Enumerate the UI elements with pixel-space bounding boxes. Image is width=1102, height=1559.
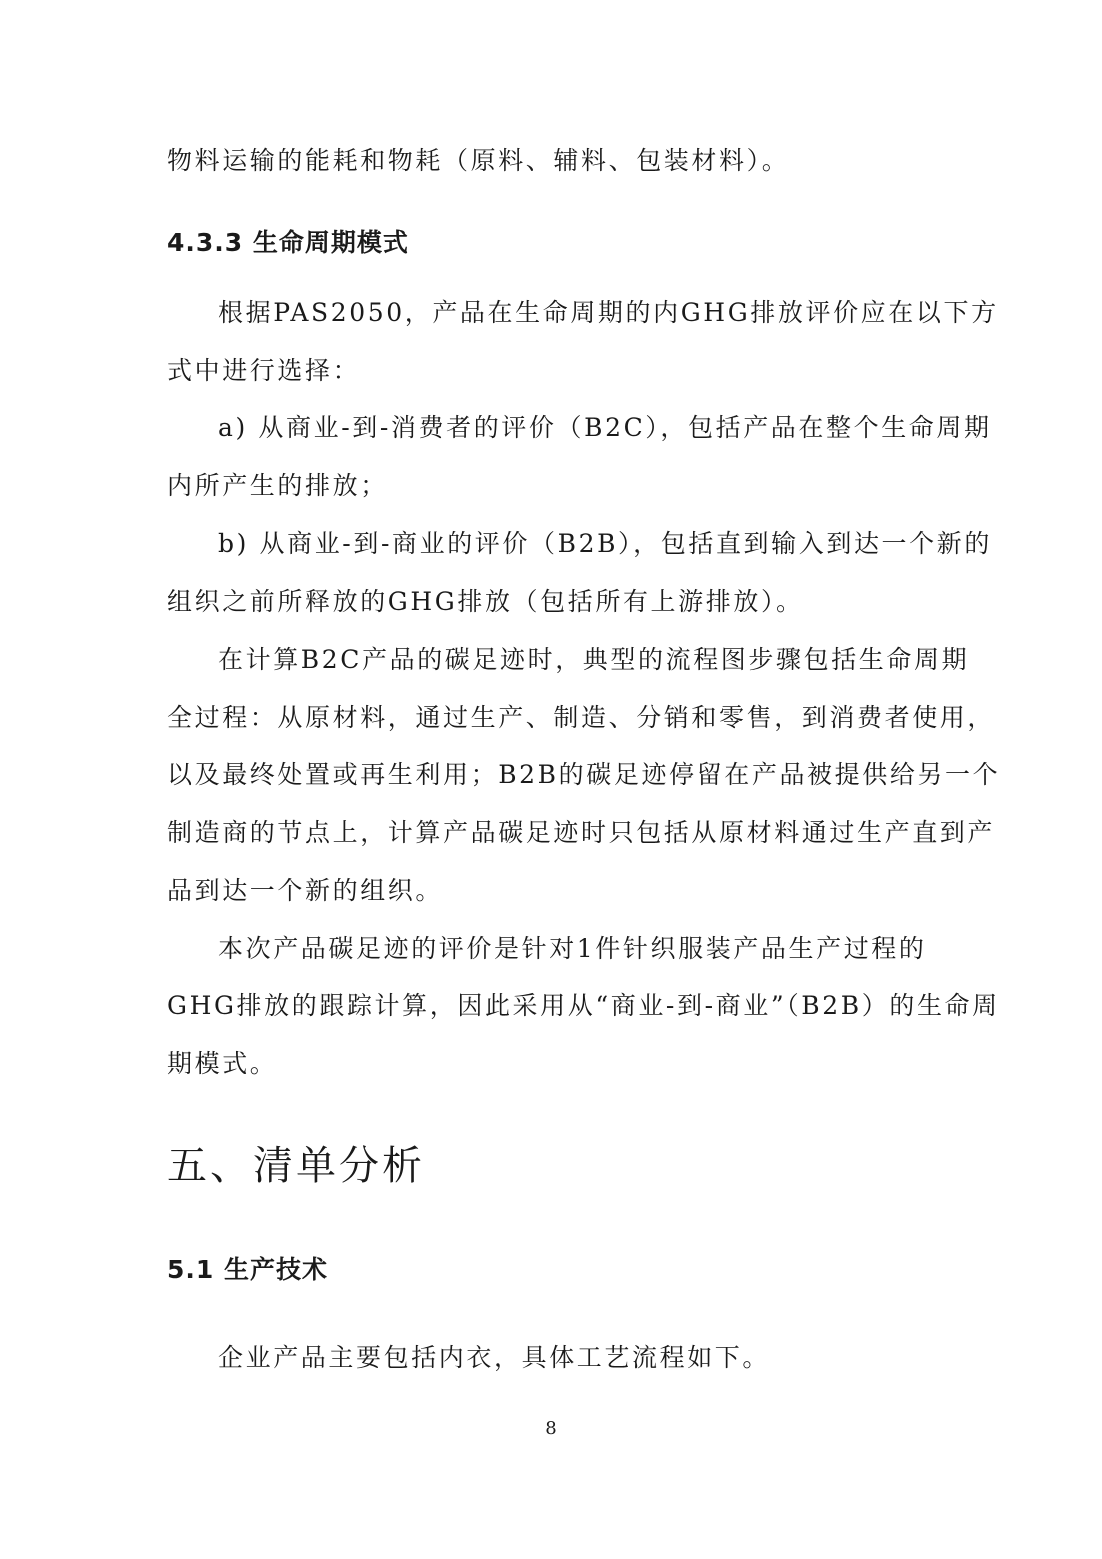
body-text: 式中进行选择： (167, 356, 935, 386)
list-item-b: b) 从商业-到-商业的评价（B2B），包括直到输入到达一个新的 (218, 529, 935, 559)
body-text: 品到达一个新的组织。 (167, 876, 935, 906)
body-text: 在计算B2C产品的碳足迹时，典型的流程图步骤包括生命周期 (218, 645, 935, 675)
list-item-a: a) 从商业-到-消费者的评价（B2C），包括产品在整个生命周期 (218, 413, 935, 443)
body-text: 全过程：从原材料，通过生产、制造、分销和零售，到消费者使用， (167, 703, 935, 733)
body-text: 根据PAS2050，产品在生命周期的内GHG排放评价应在以下方 (218, 298, 935, 328)
body-text: 物料运输的能耗和物耗（原料、辅料、包装材料）。 (167, 146, 935, 176)
page-number: 8 (0, 1418, 1102, 1440)
section-heading-5-1: 5.1 生产技术 (167, 1255, 328, 1285)
body-text: GHG排放的跟踪计算，因此采用从“商业-到-商业”（B2B）的生命周 (167, 991, 935, 1021)
body-text: 以及最终处置或再生利用；B2B的碳足迹停留在产品被提供给另一个 (167, 760, 935, 790)
body-text: 制造商的节点上，计算产品碳足迹时只包括从原材料通过生产直到产 (167, 818, 935, 848)
body-text: 期模式。 (167, 1049, 935, 1079)
list-item-a-cont: 内所产生的排放； (167, 471, 935, 501)
body-text: 企业产品主要包括内衣，具体工艺流程如下。 (218, 1343, 935, 1373)
chapter-heading-5: 五、清单分析 (167, 1142, 425, 1190)
list-item-b-cont: 组织之前所释放的GHG排放（包括所有上游排放）。 (167, 587, 935, 617)
body-text: 本次产品碳足迹的评价是针对1件针织服装产品生产过程的 (218, 934, 935, 964)
section-heading-4-3-3: 4.3.3 生命周期模式 (167, 228, 409, 258)
